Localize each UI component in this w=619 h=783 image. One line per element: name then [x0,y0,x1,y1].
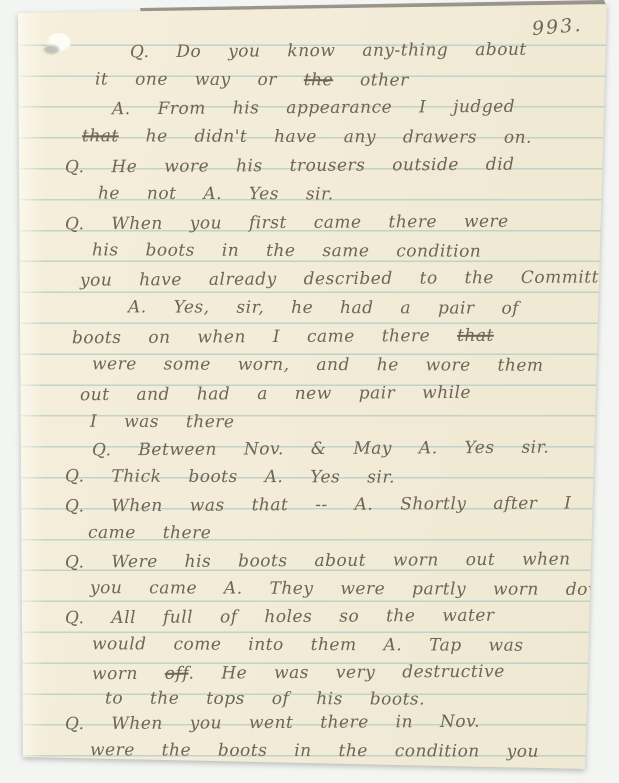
scanned-document: 993. Q. Do you know any-thing aboutit on… [0,0,619,783]
handwritten-text: Q. When you first came there were [65,212,509,235]
struck-out-word: that [457,326,494,346]
struck-out-word: off [165,664,189,684]
handwritten-line: Q. Were his boots about worn out when [65,548,571,573]
handwritten-line: were the boots in the condition you [90,739,539,763]
handwritten-line: Q. When you went there in Nov. [65,711,480,736]
handwritten-text: to the tops of his boots. [105,688,425,709]
handwritten-line: Q. Do you know any-thing about [130,39,527,63]
handwritten-text: Q. Thick boots A. Yes sir. [65,466,395,487]
handwritten-text: you have already described to the Commit… [80,267,619,290]
handwritten-line: Q. When you first came there were [65,211,509,236]
handwritten-text: boots on when I came there [72,326,457,348]
handwritten-line: worn off. He was very destructive [92,661,505,686]
handwritten-text: his boots in the same condition [92,240,481,261]
handwritten-line: A. Yes, sir, he had a pair of [128,296,519,319]
handwritten-text: A. From his appearance I judged [112,97,515,119]
handwritten-text: . He was very destructive [188,662,504,684]
paper-shadow-wrap: 993. Q. Do you know any-thing aboutit on… [0,0,619,783]
handwritten-text: out and had a new pair while [80,383,471,405]
handwritten-line: Q. When was that -- A. Shortly after I [65,492,572,517]
handwritten-text: he didn't have any drawers on. [119,126,532,147]
struck-out-word: the [304,70,333,90]
handwritten-text: would come into them A. Tap was [92,634,524,656]
handwritten-text: were the boots in the condition you [90,740,539,762]
handwritten-text: you came A. They were partly worn down [90,578,614,600]
handwritten-line: boots on when I came there that [72,325,494,350]
handwritten-text: it one way or [95,69,304,90]
handwritten-line: Q. All full of holes so the water [65,605,495,630]
handwritten-line: Q. Thick boots A. Yes sir. [65,465,395,488]
handwritten-text: Q. When you went there in Nov. [65,712,480,735]
handwritten-text: Q. He wore his trousers outside did [65,155,515,178]
handwritten-line: you came A. They were partly worn down [90,577,614,601]
handwritten-text: A. Yes, sir, he had a pair of [128,297,519,318]
handwritten-text: other [333,70,409,90]
handwritten-line: that he didn't have any drawers on. [82,125,532,149]
handwritten-line: it one way or the other [95,68,409,91]
handwritten-text: worn [92,664,165,684]
handwritten-line: out and had a new pair while [80,382,471,406]
handwritten-line: you have already described to the Commit… [80,266,619,291]
handwritten-line: were some worn, and he wore them [92,353,544,377]
handwritten-text: he not A. Yes sir. [98,184,334,205]
handwritten-text: came there [88,523,211,543]
handwritten-line: Q. Between Nov. & May A. Yes sir. [92,437,549,462]
struck-out-word: that [82,126,119,146]
handwritten-line: A. From his appearance I judged [112,96,515,120]
handwritten-text: Q. All full of holes so the water [65,606,495,629]
handwritten-text: Q. When was that -- A. Shortly after I [65,493,572,516]
handwritten-line: Q. He wore his trousers outside did [65,154,515,179]
handwritten-text: Q. Do you know any-thing about [130,40,527,62]
handwritten-line: would come into them A. Tap was [92,633,524,657]
ruled-paper-sheet: 993. Q. Do you know any-thing aboutit on… [0,0,619,783]
handwriting-lines: Q. Do you know any-thing aboutit one way… [0,0,619,783]
handwritten-line: came there [88,522,211,544]
handwritten-line: I was there [90,411,235,434]
handwritten-text: Q. Between Nov. & May A. Yes sir. [92,438,549,461]
handwritten-text: were some worn, and he wore them [92,354,544,376]
handwritten-line: his boots in the same condition [92,239,481,262]
handwritten-line: to the tops of his boots. [105,687,425,710]
handwritten-text: Q. Were his boots about worn out when [65,549,571,572]
handwritten-text: I was there [90,412,235,433]
handwritten-line: he not A. Yes sir. [98,183,334,206]
